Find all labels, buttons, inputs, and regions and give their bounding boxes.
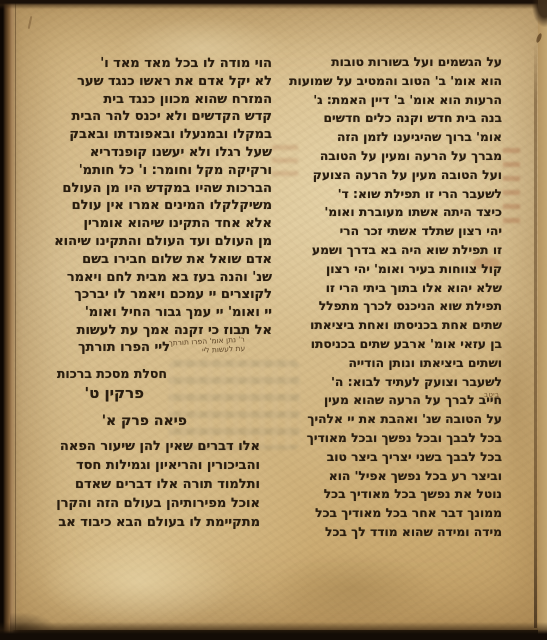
manuscript-text-line: במקלו ובמנעלו ובאפונדתו ובאבק: [17, 126, 272, 144]
manuscript-text-line: חייב לברך על הרעה שהוא מעין: [287, 391, 502, 410]
manuscript-photo: על הגשמים ועל בשורות טובותהוא אומ' ב' הט…: [0, 0, 547, 640]
manuscript-text-line: ממונך דבר אחר בכל מאודיך בכל: [287, 504, 502, 523]
manuscript-text-line: בנה בית חדש וקנה כלים חדשים: [287, 109, 502, 128]
manuscript-text-line: שתים אחת בכניסתו ואחת ביציאתו: [287, 316, 502, 335]
manuscript-text-line: בכל לבבך ובכל נפשך ובכל מאודיך: [287, 429, 502, 448]
manuscript-text-line: זו תפילת שוא היה בא בדרך ושמע: [287, 241, 502, 260]
manuscript-text-line: קדש הקדשים ולא יכנס להר הבית: [17, 108, 272, 126]
manuscript-text-line: משיקלקלו המינים אמרו אין עולם: [17, 197, 272, 215]
manuscript-text-line: אומ' ברוך שהיגיענו לזמן הזה: [287, 128, 502, 147]
text-column-right: על הגשמים ועל בשורות טובותהוא אומ' ב' הט…: [287, 53, 502, 542]
manuscript-text-line: ותלמוד תורה אלו דברים שאדם: [17, 475, 260, 494]
page-top-edge: [0, 0, 547, 9]
underleaf-right-edge: [538, 0, 547, 640]
manuscript-text-line: אדם שואל את שלום חבירו בשם: [17, 251, 272, 269]
marginal-gloss: ביטב: [484, 391, 499, 399]
manuscript-text-line: מברך על הרעה ומעין על הטובה: [287, 147, 502, 166]
text-column-left: הוי מודה לו בכל מאד מאד ו'לא יקל אדם את …: [17, 55, 272, 340]
manuscript-text-line: לקוצרים יי עמכם ויאמר לו יברכך: [17, 286, 272, 304]
manuscript-text-line: ועל הטובה מעין על הרעה הצועק: [287, 166, 502, 185]
manuscript-text-line: והביכורין והריאיון וגמילות חסד: [17, 456, 260, 475]
manuscript-text-line: על הגשמים ועל בשורות טובות: [287, 53, 502, 72]
column-left-top-lines: הוי מודה לו בכל מאד מאד ו'לא יקל אדם את …: [17, 55, 272, 340]
manuscript-text-line: על הטובה שנ' ואהבת את יי אלהיך: [287, 410, 502, 429]
manuscript-text-line: קול צווחות בעיר ואומ' יהי רצון: [287, 260, 502, 279]
book-binding-edge: [0, 0, 20, 640]
manuscript-text-line: אלו דברים שאין להן שיעור הפאה: [17, 437, 260, 456]
manuscript-text-line: נוטל את נפשך בכל מאודיך בכל: [287, 485, 502, 504]
manuscript-text-line: הברכות שהיו במקדש היו מן העולם: [17, 180, 272, 198]
manuscript-text-line: מתקיימת לו בעולם הבא כיבוד אב: [17, 513, 260, 532]
manuscript-text-line: המזרח שהוא מכוון כנגד בית: [17, 91, 272, 109]
manuscript-text-line: ושתים ביציאתו ונותן הודייה: [287, 354, 502, 373]
manuscript-text-line: ורקיקה מקל וחומר: ו' כל חותמ': [17, 162, 272, 180]
manuscript-text-line: יהי רצון שתלד אשתי זכר הרי: [287, 222, 502, 241]
manuscript-text-line: הוא אומ' ב' הטוב והמטיב על שמועות: [287, 72, 502, 91]
column-left-bottom-lines: אלו דברים שאין להן שיעור הפאהוהביכורין ו…: [17, 437, 260, 532]
binding-crease-line: [15, 0, 16, 640]
manuscript-text-line: יי ואומ' יי עמך גבור החיל ואומ': [17, 304, 272, 322]
manuscript-text-line: אוכל מפירותיהן בעולם הזה והקרן: [17, 494, 260, 513]
manuscript-text-line: מידה ומידה שהוא מודד לך בכל: [287, 523, 502, 542]
manuscript-text-line: וביצר רע בכל נפשך אפיל' הוא: [287, 467, 502, 486]
corner-shadow-top-right: [532, 0, 547, 27]
manuscript-text-line: אלא אחד התקינו שיהוא אומרין: [17, 215, 272, 233]
manuscript-text-line: בכל לבבך בשני יצריך ביצר טוב: [287, 448, 502, 467]
manuscript-text-line: הרעות הוא אומ' ב' דיין האמת: ג': [287, 91, 502, 110]
manuscript-text-line: בן עזאי אומ' ארבע שתים בכניסתו: [287, 335, 502, 354]
manuscript-text-line: תפילת שוא הניכנס לכרך מתפלל: [287, 297, 502, 316]
colophon-line: חסלת מסכת ברכות: [57, 366, 167, 381]
manuscript-text-line: לשעבר וצועק לעתיד לבוא: ה': [287, 373, 502, 392]
manuscript-text-line: לא יקל אדם את ראשו כנגד שער: [17, 73, 272, 91]
page-right-crease: [534, 42, 537, 628]
manuscript-text-line: כיצד היתה אשתו מעוברת ואומ': [287, 203, 502, 222]
margin-ghost-marks: [503, 148, 520, 230]
manuscript-text-line: לשעבר הרי זו תפילת שוא: ד': [287, 185, 502, 204]
manuscript-text-line: שעל רגלו ולא יעשנו קופנדריא: [17, 144, 272, 162]
manuscript-text-line: שנ' והנה בעז בא מבית לחם ויאמר: [17, 269, 272, 287]
section-heading: פיאה פרק א': [102, 413, 187, 429]
manuscript-text-line: מן העולם ועד העולם והתקינו שיהוא: [17, 233, 272, 251]
chapter-count-line: פרקין ט': [84, 384, 144, 402]
page-bottom-edge: [0, 622, 547, 640]
manuscript-text-line: הוי מודה לו בכל מאד מאד ו': [17, 55, 272, 73]
manuscript-text-line: שלא יהוא אלו בתוך ביתי הרי זו: [287, 279, 502, 298]
